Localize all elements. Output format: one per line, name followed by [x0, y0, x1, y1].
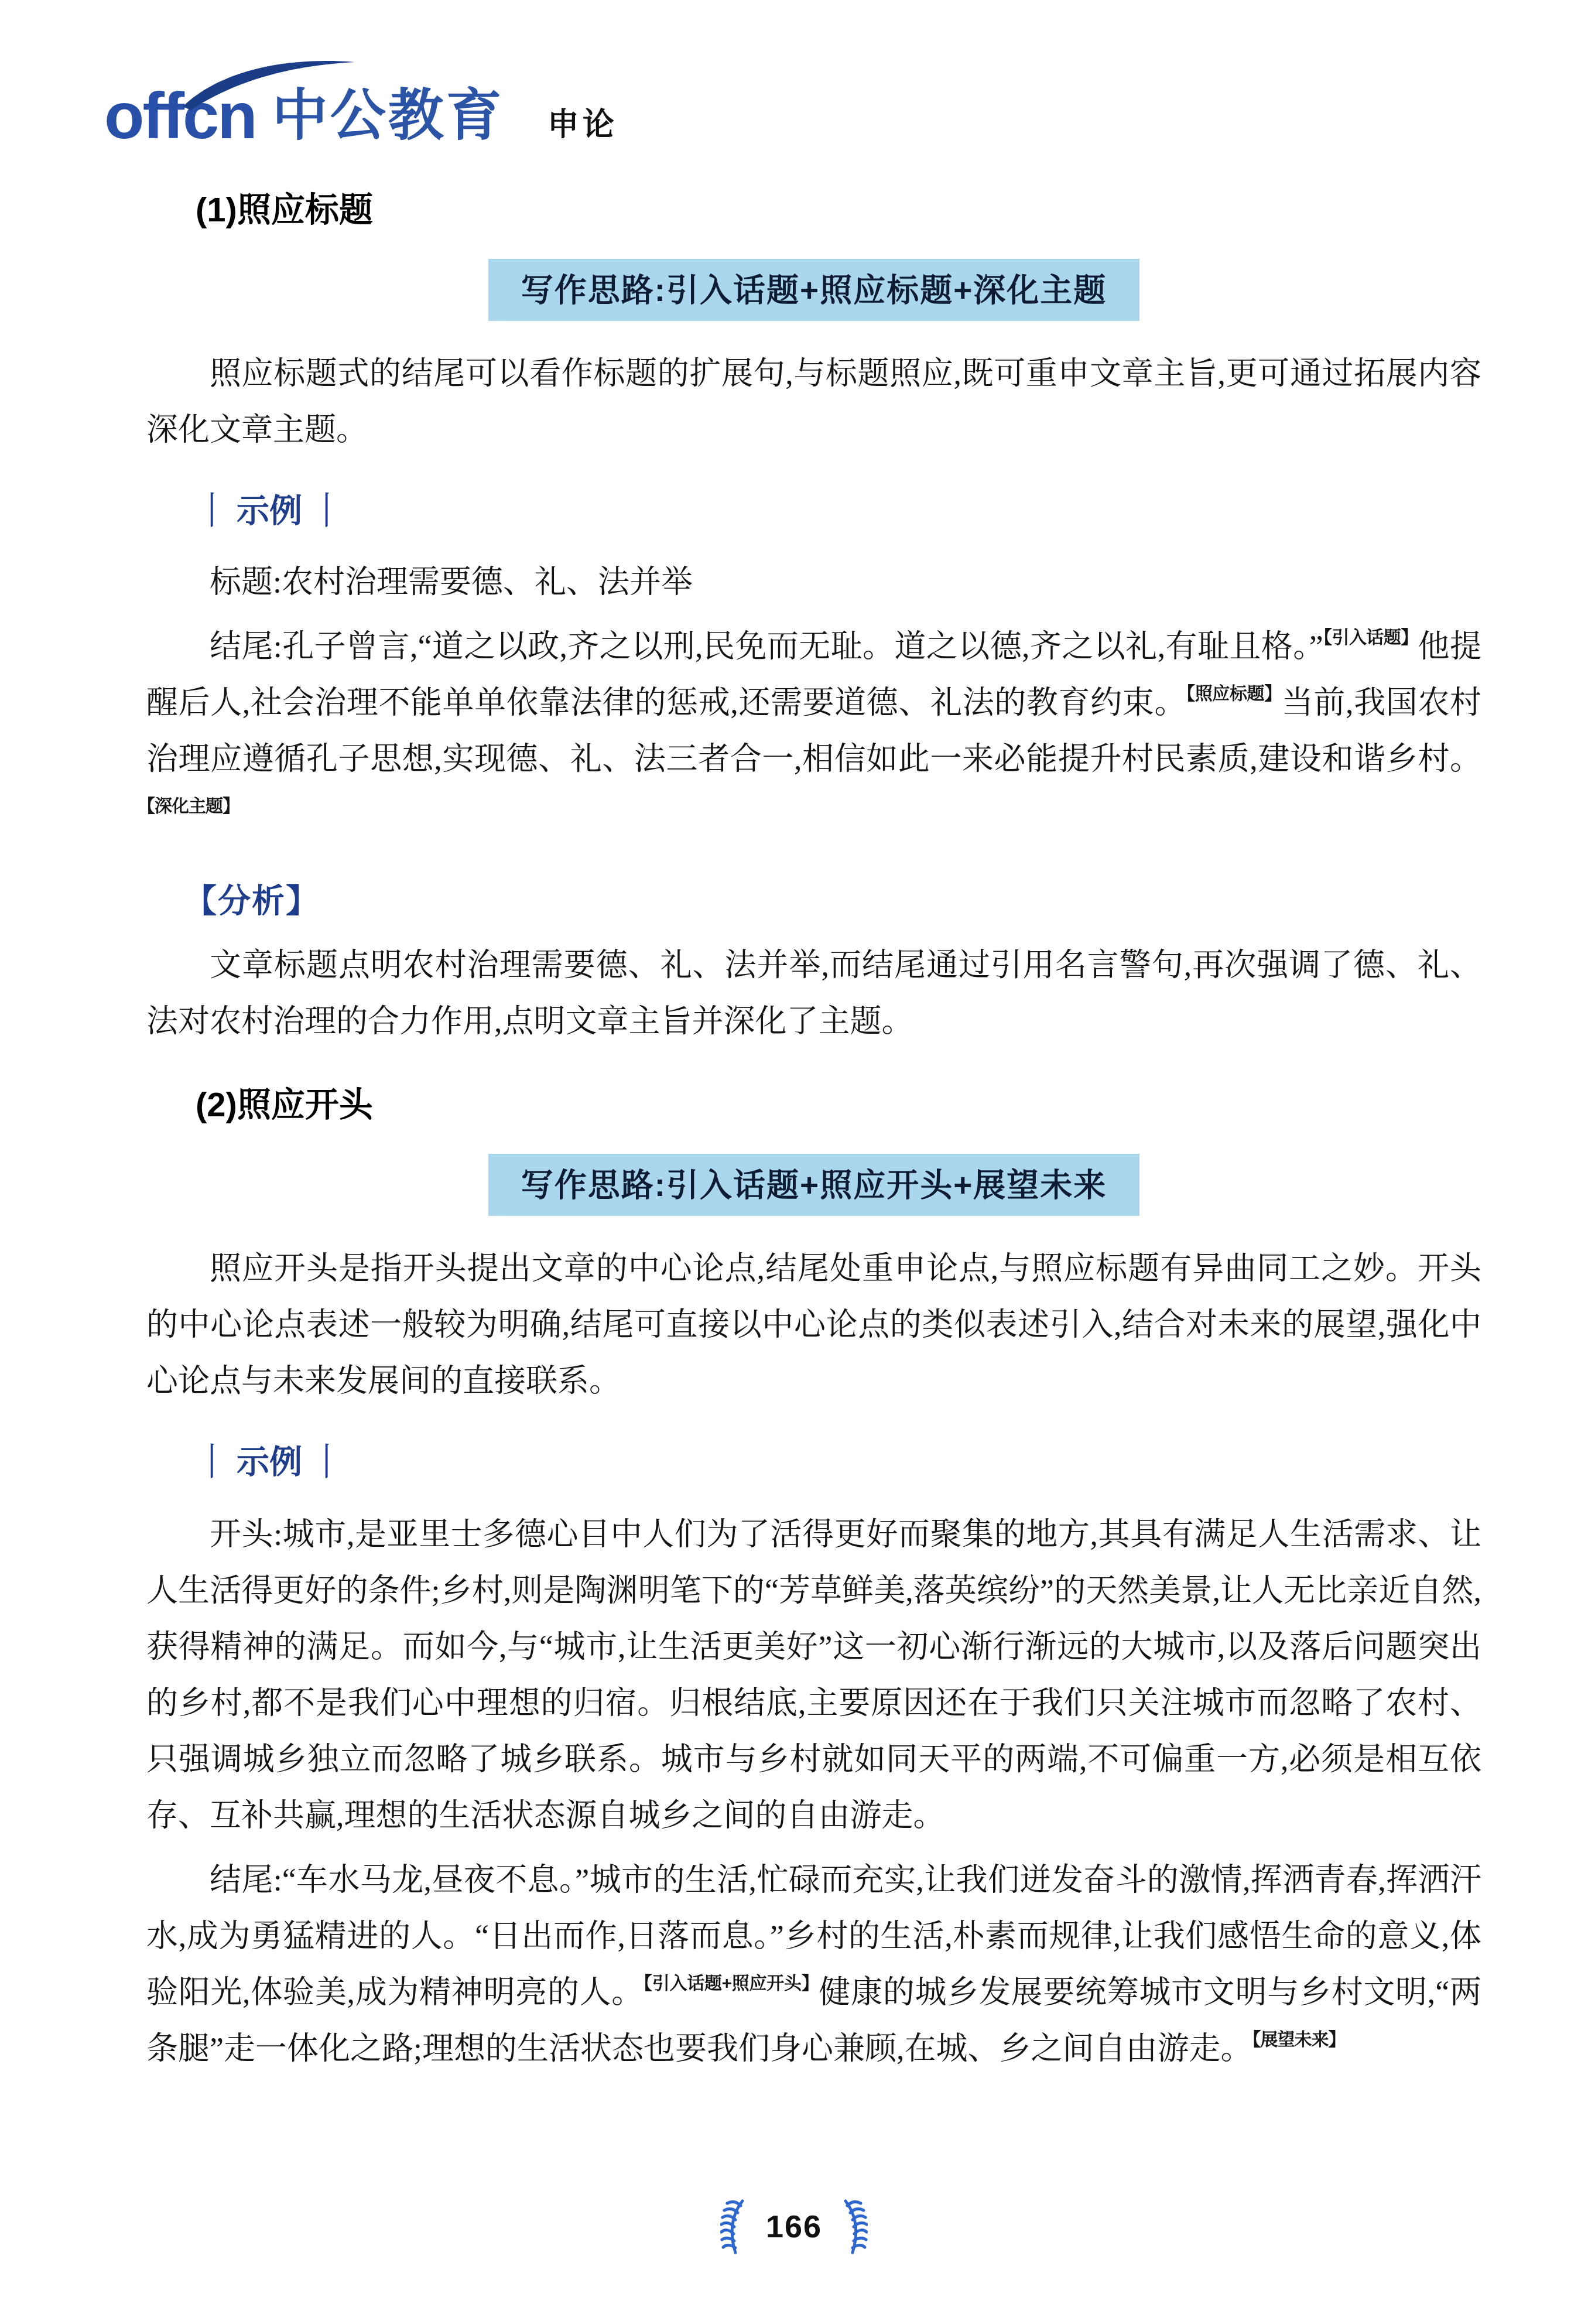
- header: offcn 中公教育 申论: [104, 0, 1588, 145]
- section2-heading: (2)照应开头: [196, 1085, 1481, 1126]
- logo-brand-text: 中公教育: [272, 87, 504, 145]
- section2-opening-paragraph: 开头:城市,是亚里士多德心目中人们为了活得更好而聚集的地方,其具有满足人生活需求…: [146, 1506, 1481, 1844]
- example-marker-left-bar: 丨: [196, 489, 228, 532]
- annotation-deepen-theme: 【深化主题】: [146, 797, 239, 816]
- annotation-future-outlook: 【展望未来】: [1252, 2030, 1345, 2049]
- annotation-intro-topic: 【引入话题】: [1323, 628, 1418, 647]
- logo-offcn-text: offcn: [104, 87, 256, 145]
- book-page: offcn 中公教育 申论 (1)照应标题 写作思路:引入话题+照应标题+深化主…: [0, 0, 1588, 2324]
- page-number: 166: [766, 2209, 822, 2245]
- annotation-intro-topic-echo-opening: 【引入话题+照应开头】: [644, 1974, 819, 1993]
- example-marker-label: 示例: [237, 492, 302, 529]
- section1-analysis-label: 【分析】: [184, 882, 1481, 920]
- section1-heading: (1)照应标题: [196, 190, 1481, 231]
- section2-ending-paragraph: 结尾:“车水马龙,昼夜不息。”城市的生活,忙碌而充实,让我们迸发奋斗的激情,挥洒…: [146, 1852, 1481, 2077]
- section2-intro-paragraph: 照应开头是指开头提出文章的中心论点,结尾处重申论点,与照应标题有异曲同工之妙。开…: [146, 1240, 1481, 1409]
- section1-intro-paragraph: 照应标题式的结尾可以看作标题的扩展句,与标题照应,既可重申文章主旨,更可通过拓展…: [146, 346, 1481, 458]
- laurel-left-icon: [720, 2199, 746, 2255]
- example-marker-left-bar: 丨: [196, 1440, 228, 1484]
- example-marker-right-bar: 丨: [310, 1440, 343, 1484]
- ending1-segment1: 结尾:孔子曾言,“道之以政,齐之以刑,民免而无耻。道之以德,齐之以礼,有耻且格。…: [210, 629, 1323, 664]
- section2-strategy-box: 写作思路:引入话题+照应开头+展望未来: [488, 1154, 1140, 1216]
- section1-analysis-paragraph: 文章标题点明农村治理需要德、礼、法并举,而结尾通过引用名言警句,再次强调了德、礼…: [146, 937, 1481, 1050]
- example-marker-label: 示例: [237, 1443, 302, 1481]
- section1-strategy-box: 写作思路:引入话题+照应标题+深化主题: [488, 259, 1140, 321]
- section2-example-marker: 丨 示例 丨: [196, 1443, 343, 1481]
- example-marker-right-bar: 丨: [310, 489, 343, 532]
- page-content: (1)照应标题 写作思路:引入话题+照应标题+深化主题 照应标题式的结尾可以看作…: [0, 190, 1588, 2077]
- section1-title-line: 标题:农村治理需要德、礼、法并举: [146, 554, 1481, 610]
- section1-ending-paragraph: 结尾:孔子曾言,“道之以政,齐之以刑,民免而无耻。道之以德,齐之以礼,有耻且格。…: [146, 618, 1481, 843]
- section1-example-marker: 丨 示例 丨: [196, 492, 343, 529]
- subject-label: 申论: [547, 104, 618, 145]
- page-footer: 166: [720, 2199, 868, 2255]
- laurel-right-icon: [842, 2199, 868, 2255]
- offcn-logo: offcn 中公教育: [104, 87, 504, 145]
- annotation-echo-title: 【照应标题】: [1186, 684, 1282, 703]
